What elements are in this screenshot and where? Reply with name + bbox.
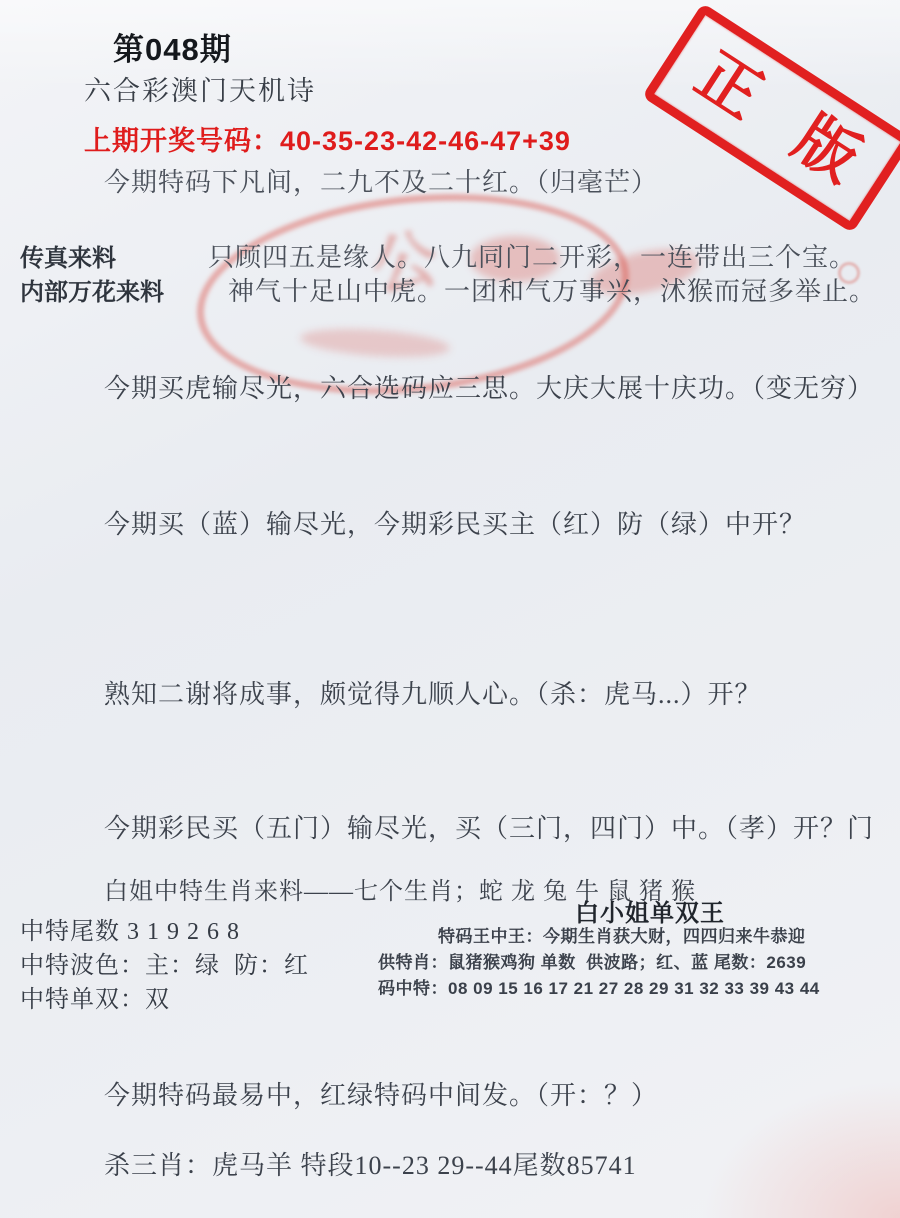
fax-poem-line: 只顾四五是缘人。八九同门二开彩，一连带出三个宝。: [208, 237, 856, 274]
internal-poem-line: 神气十足山中虎。一团和气万事兴，沭猴而冠多举止。: [228, 271, 876, 308]
lottery-tip-sheet: { "header": { "issue": "第048期", "title":…: [0, 0, 900, 1218]
fax-source-label: 传真来料: [20, 238, 116, 273]
easy-win-line: 今期特码最易中，红绿特码中间发。（开：？）: [104, 1075, 658, 1112]
special-tail-numbers: 中特尾数 3 1 9 2 6 8: [20, 911, 240, 946]
special-wave-color: 中特波色：主：绿 防：红: [20, 945, 309, 980]
last-draw-numbers: 上期开奖号码：40-35-23-42-46-47+39: [84, 119, 571, 158]
background-pink-corner: [700, 1080, 900, 1218]
genuine-stamp-char-1: 正: [686, 43, 772, 129]
special-number-list: 码中特：08 09 15 16 17 21 27 28 29 31 32 33 …: [378, 974, 820, 999]
sheet-title: 六合彩澳门天机诗: [84, 69, 316, 108]
tianji-poem-line: 今期特码下凡间，二九不及二十红。（归毫芒）: [104, 162, 658, 199]
color-tip-line: 今期买（蓝）输尽光，今期彩民买主（红）防（绿）中开？: [104, 504, 806, 541]
genuine-stamp-char-2: 版: [783, 107, 869, 193]
zodiac-kill-line: 熟知二谢将成事，颇觉得九顺人心。（杀：虎马...）开？: [104, 674, 762, 711]
issue-number: 第048期: [113, 24, 232, 69]
zodiac-wave-line: 供特肖：鼠猪猴鸡狗 单数 供波路；红、蓝 尾数：2639: [378, 948, 806, 973]
tiger-poem-line: 今期买虎输尽光，六合选码应三思。大庆大展十庆功。（变无穷）: [104, 368, 874, 405]
internal-source-label: 内部万花来料: [20, 272, 164, 307]
kill-three-zodiac-line: 杀三肖：虎马羊 特段10--23 29--44尾数85741: [104, 1145, 637, 1182]
king-of-kings-line: 特码王中王：今期生肖获大财，四四归来牛恭迎: [438, 922, 806, 947]
special-odd-even: 中特单双：双: [20, 979, 170, 1014]
gates-tip-line: 今期彩民买（五门）输尽光，买（三门，四门）中。（孝）开？门: [104, 808, 874, 845]
